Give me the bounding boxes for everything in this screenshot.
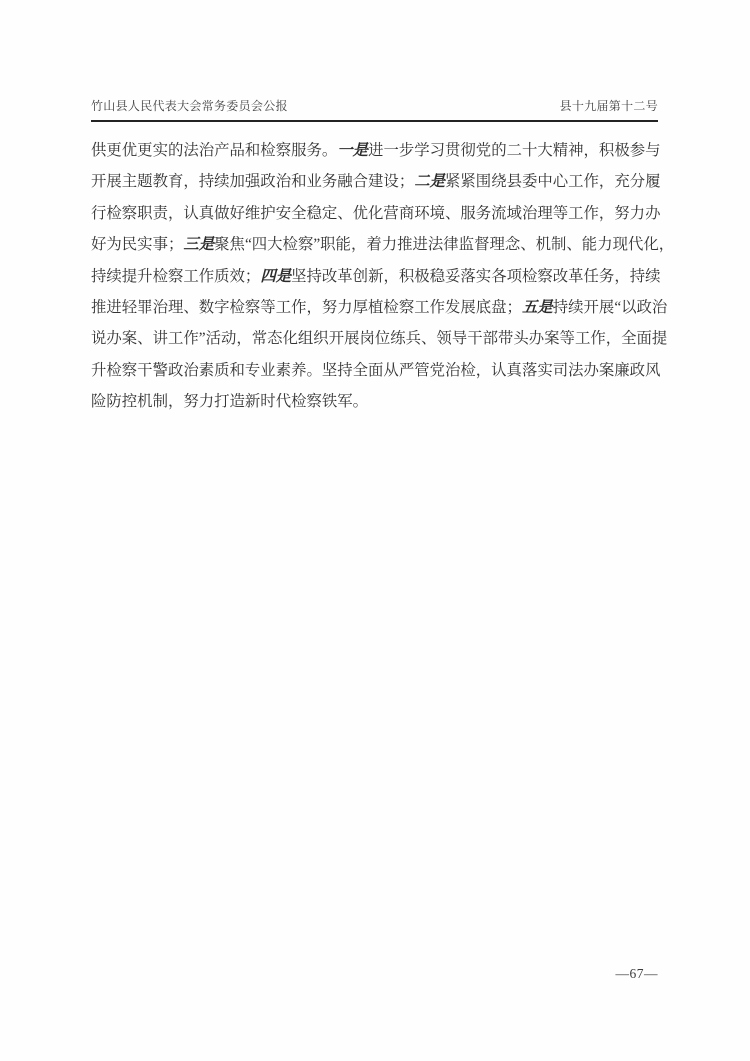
emphasis-segment: 一是 — [337, 142, 368, 159]
text-line: 开展主题教育，持续加强政治和业务融合建设；二是紧紧围绕县委中心工作，充分履 — [91, 166, 658, 197]
text-segment: 进一步学习贯彻党的二十大精神，积极参与 — [368, 142, 660, 159]
text-segment: 险防控机制，努力打造新时代检察铁军。 — [91, 393, 368, 410]
text-segment: 推进轻罪治理、数字检察等工作，努力厚植检察工作发展底盘； — [91, 299, 522, 316]
text-line: 险防控机制，努力打造新时代检察铁军。 — [91, 386, 658, 417]
header-issue-number: 县十九届第十二号 — [560, 97, 658, 114]
text-segment: 开展主题教育，持续加强政治和业务融合建设； — [91, 173, 414, 190]
emphasis-segment: 四是 — [260, 268, 291, 285]
text-line: 持续提升检察工作质效；四是坚持改革创新，积极稳妥落实各项检察改革任务，持续 — [91, 261, 658, 292]
text-segment: 持续提升检察工作质效； — [91, 268, 260, 285]
text-line: 行检察职责，认真做好维护安全稳定、优化营商环境、服务流域治理等工作，努力办 — [91, 198, 658, 229]
text-line: 推进轻罪治理、数字检察等工作，努力厚植检察工作发展底盘；五是持续开展“以政治 — [91, 292, 658, 323]
text-segment: 坚持改革创新，积极稳妥落实各项检察改革任务，持续 — [291, 268, 660, 285]
text-segment: 供更优更实的法治产品和检察服务。 — [91, 142, 337, 159]
text-segment: 持续开展“以政治 — [553, 299, 668, 316]
page-header: 竹山县人民代表大会常务委员会公报 县十九届第十二号 — [91, 97, 658, 114]
emphasis-segment: 三是 — [183, 236, 214, 253]
text-segment: 好为民实事； — [91, 236, 183, 253]
text-line: 好为民实事；三是聚焦“四大检察”职能，着力推进法律监督理念、机制、能力现代化， — [91, 229, 658, 260]
emphasis-segment: 二是 — [414, 173, 445, 190]
text-line: 供更优更实的法治产品和检察服务。一是进一步学习贯彻党的二十大精神，积极参与 — [91, 135, 658, 166]
page-number: —67— — [616, 966, 659, 982]
emphasis-segment: 五是 — [522, 299, 553, 316]
body-paragraph: 供更优更实的法治产品和检察服务。一是进一步学习贯彻党的二十大精神，积极参与开展主… — [91, 135, 658, 418]
header-publication-title: 竹山县人民代表大会常务委员会公报 — [91, 97, 288, 114]
text-line: 升检察干警政治素质和专业素养。坚持全面从严管党治检，认真落实司法办案廉政风 — [91, 355, 658, 386]
text-segment: 聚焦“四大检察”职能，着力推进法律监督理念、机制、能力现代化， — [214, 236, 674, 253]
text-segment: 升检察干警政治素质和专业素养。坚持全面从严管党治检，认真落实司法办案廉政风 — [91, 362, 660, 379]
text-segment: 行检察职责，认真做好维护安全稳定、优化营商环境、服务流域治理等工作，努力办 — [91, 205, 660, 222]
document-page: 竹山县人民代表大会常务委员会公报 县十九届第十二号 供更优更实的法治产品和检察服… — [0, 0, 750, 1061]
text-line: 说办案、讲工作”活动，常态化组织开展岗位练兵、领导干部带头办案等工作，全面提 — [91, 323, 658, 354]
text-segment: 说办案、讲工作”活动，常态化组织开展岗位练兵、领导干部带头办案等工作，全面提 — [91, 330, 667, 347]
header-rule — [91, 120, 658, 122]
text-segment: 紧紧围绕县委中心工作，充分履 — [445, 173, 660, 190]
